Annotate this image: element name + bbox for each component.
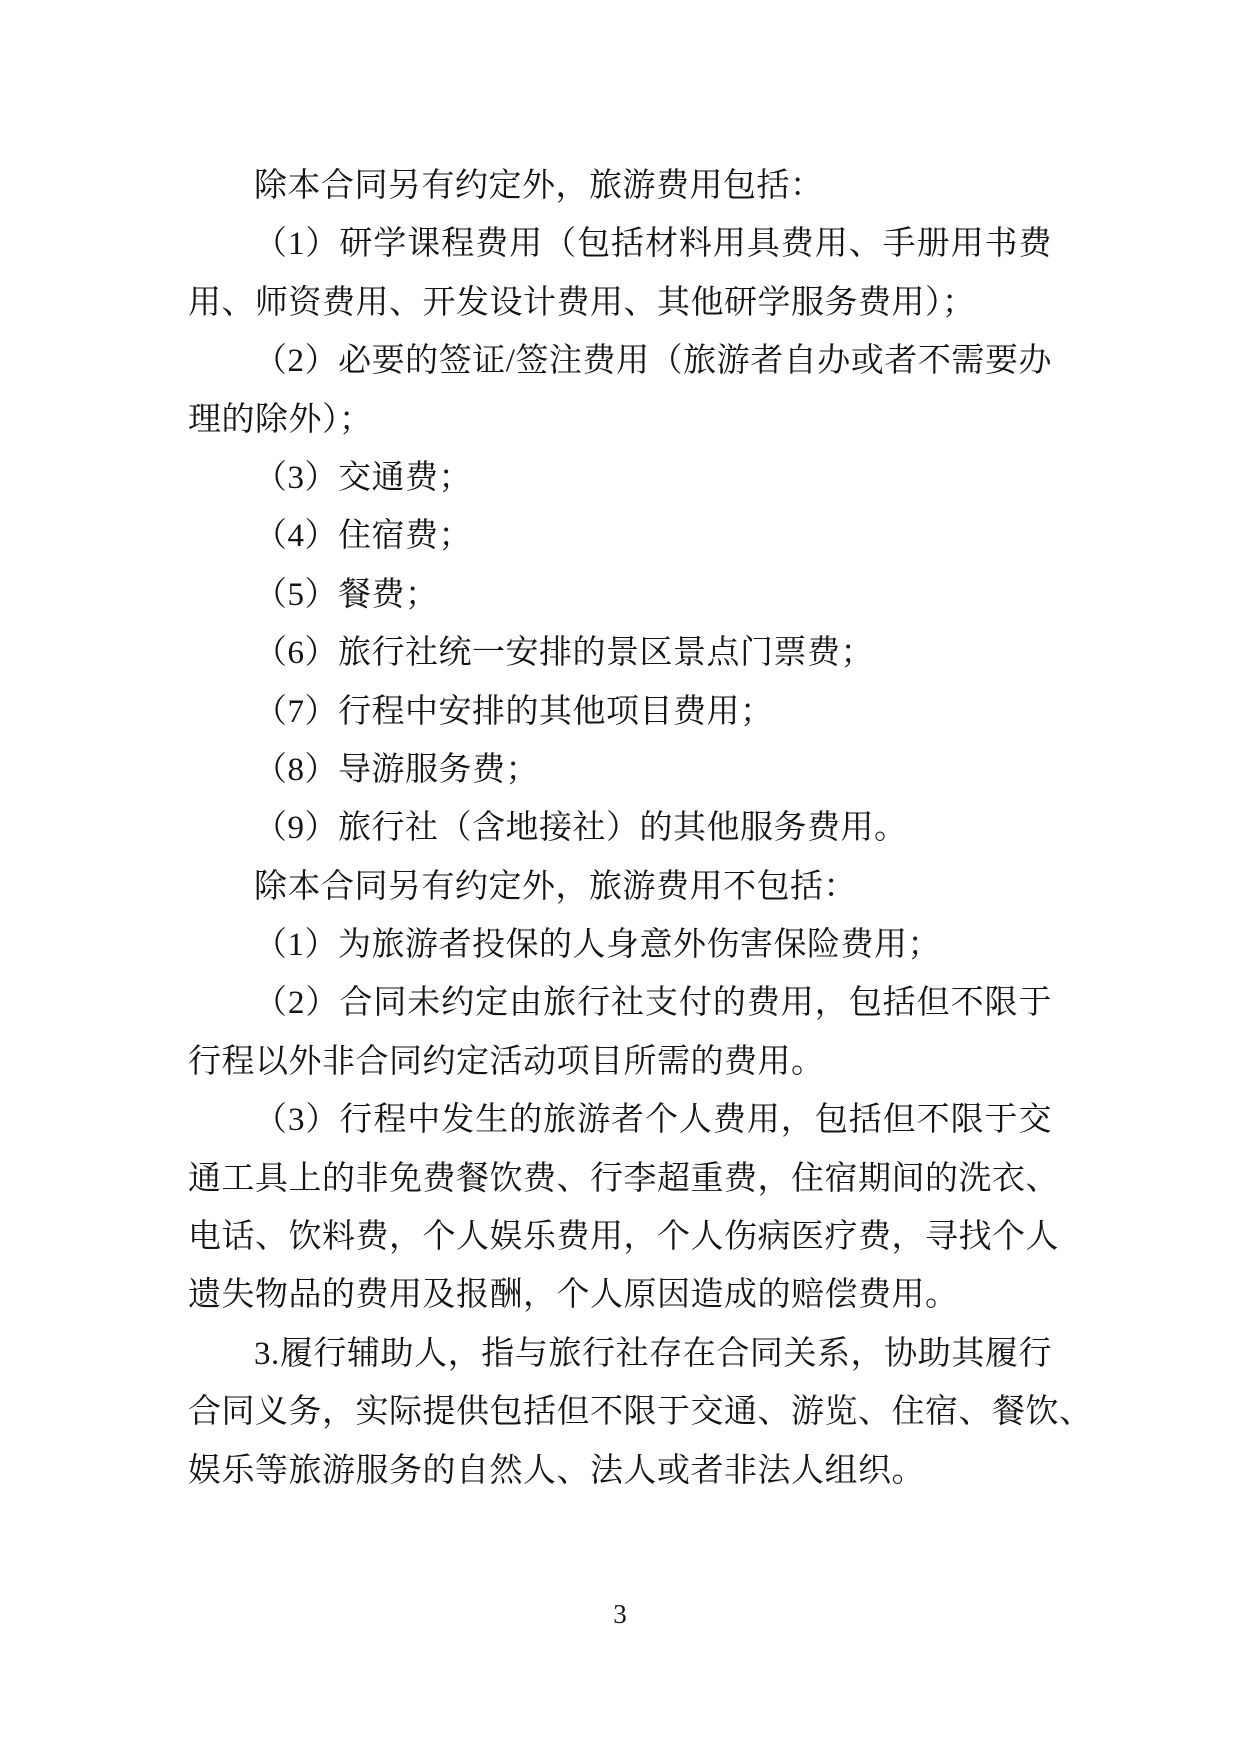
text-line: （9）旅行社（含地接社）的其他服务费用。 — [188, 799, 1052, 857]
text-line: 除本合同另有约定外，旅游费用包括： — [188, 157, 1052, 215]
text-line: 理的除外）； — [188, 391, 1052, 449]
text-line: 合同义务，实际提供包括但不限于交通、游览、住宿、餐饮、 — [188, 1383, 1052, 1441]
text-line: （6）旅行社统一安排的景区景点门票费； — [188, 624, 1052, 682]
text-line: （4）住宿费； — [188, 507, 1052, 565]
text-line: （2）必要的签证/签注费用（旅游者自办或者不需要办 — [188, 332, 1052, 390]
text-line: 娱乐等旅游服务的自然人、法人或者非法人组织。 — [188, 1442, 1052, 1500]
text-line: 遗失物品的费用及报酬，个人原因造成的赔偿费用。 — [188, 1266, 1052, 1324]
document-page: 除本合同另有约定外，旅游费用包括：（1）研学课程费用（包括材料用具费用、手册用书… — [0, 0, 1240, 1754]
document-body: 除本合同另有约定外，旅游费用包括：（1）研学课程费用（包括材料用具费用、手册用书… — [188, 157, 1052, 1500]
text-line: （2）合同未约定由旅行社支付的费用，包括但不限于 — [188, 974, 1052, 1032]
text-line: （3）交通费； — [188, 449, 1052, 507]
text-line: （8）导游服务费； — [188, 741, 1052, 799]
text-line: 用、师资费用、开发设计费用、其他研学服务费用）； — [188, 274, 1052, 332]
text-line: 除本合同另有约定外，旅游费用不包括： — [188, 858, 1052, 916]
text-line: （3）行程中发生的旅游者个人费用，包括但不限于交 — [188, 1091, 1052, 1149]
page-number: 3 — [0, 1598, 1240, 1630]
text-line: （1）研学课程费用（包括材料用具费用、手册用书费 — [188, 215, 1052, 273]
text-line: 3.履行辅助人，指与旅行社存在合同关系，协助其履行 — [188, 1325, 1052, 1383]
text-line: 行程以外非合同约定活动项目所需的费用。 — [188, 1033, 1052, 1091]
text-line: （5）餐费； — [188, 566, 1052, 624]
text-line: （7）行程中安排的其他项目费用； — [188, 683, 1052, 741]
text-line: 通工具上的非免费餐饮费、行李超重费，住宿期间的洗衣、 — [188, 1150, 1052, 1208]
text-line: （1）为旅游者投保的人身意外伤害保险费用； — [188, 916, 1052, 974]
text-line: 电话、饮料费，个人娱乐费用，个人伤病医疗费，寻找个人 — [188, 1208, 1052, 1266]
